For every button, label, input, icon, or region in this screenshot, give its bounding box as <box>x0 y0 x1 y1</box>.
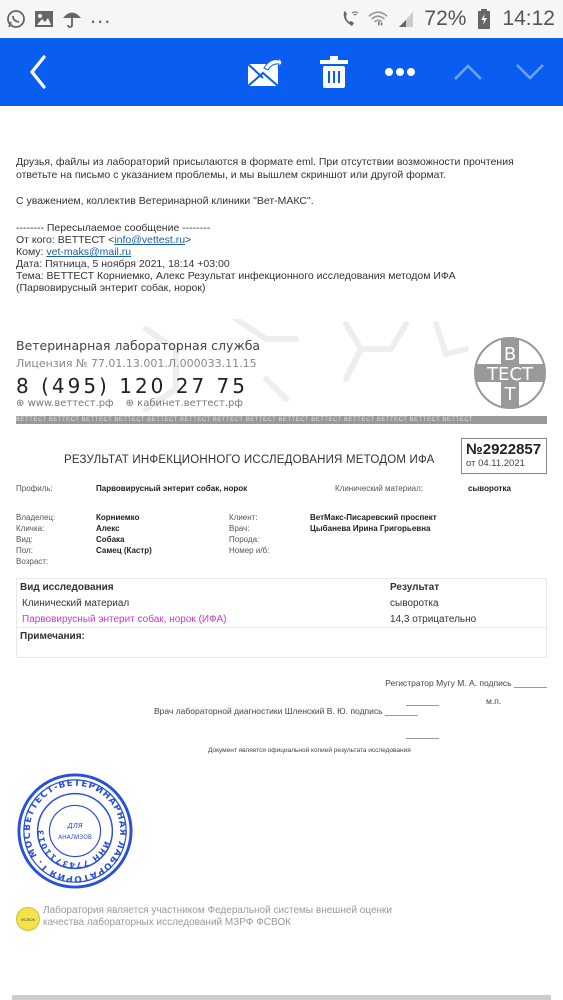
wifi-call-icon <box>340 9 360 29</box>
globe-icon: ⊕ <box>16 398 28 409</box>
svg-text:Т: Т <box>504 384 517 405</box>
site-1: ⊕ www.веттест.рф <box>16 398 114 409</box>
forward-mail-button[interactable] <box>244 38 284 106</box>
more-notifications: ... <box>90 3 111 29</box>
report-number-box: №2922857 от 04.11.2021 <box>461 438 547 474</box>
results-header: Вид исследования Результат <box>17 579 546 595</box>
doctor-signature: Врач лабораторной диагностики Шленский В… <box>154 706 418 716</box>
mail-body: Друзья, файлы из лабораторий присылаются… <box>0 156 563 768</box>
status-bar: ... 72% 14:12 <box>0 0 563 38</box>
notes: Примечания: <box>17 627 546 657</box>
chevron-left-icon <box>28 55 48 89</box>
signal-icon <box>396 9 416 29</box>
forwarded-separator: -------- Пересылаемое сообщение -------- <box>16 222 547 234</box>
from-email-link[interactable]: info@vettest.ru <box>114 234 185 246</box>
globe-icon: ⊕ <box>126 398 138 409</box>
signature: С уважением, коллектив Ветеринарной клин… <box>16 195 547 208</box>
forwarded-header-block: -------- Пересылаемое сообщение --------… <box>16 222 547 294</box>
report-heading: РЕЗУЛЬТАТ ИНФЕКЦИОННОГО ИССЛЕДОВАНИЯ МЕТ… <box>16 434 547 480</box>
battery-percent: 72% <box>424 7 466 31</box>
subject-line: Тема: ВЕТТЕСТ Корниемко, Алекс Результат… <box>16 270 547 282</box>
lab-phone: 8 (495) 120 27 75 <box>16 374 248 398</box>
umbrella-icon <box>62 9 82 29</box>
fsvok-footer: ФСВОК Лаборатория является участником Фе… <box>16 905 392 931</box>
report-date: от 04.11.2021 <box>466 458 542 469</box>
signatures-block: Регистратор Мугу М. А. подпись _______ _… <box>16 678 547 768</box>
previous-mail-button[interactable] <box>448 38 488 106</box>
wifi-icon <box>368 9 388 29</box>
delete-button[interactable] <box>316 38 352 106</box>
pet-name-value: Алекс <box>96 523 120 534</box>
profile-value: Парвовирусный энтерит собак, норок <box>96 484 247 493</box>
svg-text:ТЕСТ: ТЕСТ <box>486 364 534 385</box>
lab-header: Ветеринарная лабораторная служба Лицензи… <box>16 324 547 424</box>
svg-text:АНАЛИЗОВ: АНАЛИЗОВ <box>58 835 92 841</box>
back-button[interactable] <box>18 38 58 106</box>
patient-info: Владелец: Корниемко Кличка: Алекс Вид: С… <box>16 512 547 572</box>
registrar-signature: Регистратор Мугу М. А. подпись _______ <box>385 678 547 688</box>
brand-strip: ВЕТТЕСТ ВЕТТЕСТ ВЕТТЕСТ ВЕТТЕСТ ВЕТТЕСТ … <box>16 416 547 424</box>
profile-row: Профиль: Парвовирусный энтерит собак, но… <box>16 484 547 500</box>
mail-toolbar <box>0 38 563 106</box>
report-number: №2922857 <box>466 441 542 458</box>
site-2: ⊕ кабинет.веттест.рф <box>126 398 243 409</box>
client-value: ВетМакс-Писаревский проспект <box>310 512 437 523</box>
table-row: Парвовирусный энтерит собак, норок (ИФА)… <box>17 611 546 627</box>
vettest-logo: В ТЕСТ Т <box>473 336 547 410</box>
lab-title: Ветеринарная лабораторная служба <box>16 338 260 353</box>
to-line: Кому: vet-maks@mail.ru <box>16 246 547 258</box>
material-value: сыворотка <box>468 484 511 493</box>
intro-text: Друзья, файлы из лабораторий присылаются… <box>16 156 547 208</box>
svg-text:ДЛЯ: ДЛЯ <box>66 822 83 830</box>
subject-line-2: (Парвовирусный энтерит собак, норок) <box>16 282 547 294</box>
more-button[interactable] <box>380 38 420 106</box>
chevron-up-icon <box>453 63 483 81</box>
from-line: От кого: ВЕТТЕСТ <info@vettest.ru> <box>16 234 547 246</box>
lab-sites: ⊕ www.веттест.рф ⊕ кабинет.веттест.рф <box>16 398 243 409</box>
fsvok-badge-icon: ФСВОК <box>16 907 40 931</box>
date-line: Дата: Пятница, 5 ноября 2021, 18:14 +03:… <box>16 258 547 270</box>
mail-forward-icon <box>246 56 282 88</box>
laboratory-stamp: ВЕТТЕСТ-ВЕТЕРИНАРНАЯ ЛАБОРАТОРИЯ Г. МОСК… <box>16 772 134 890</box>
to-email-link[interactable]: vet-maks@mail.ru <box>46 246 131 258</box>
fsvok-text: Лаборатория является участником Федераль… <box>43 905 392 929</box>
sex-value: Самец (Кастр) <box>96 545 152 556</box>
clock: 14:12 <box>502 7 555 31</box>
table-row: Клинический материал сыворотка <box>17 595 546 611</box>
trash-icon <box>320 56 348 88</box>
gallery-icon <box>34 9 54 29</box>
battery-charging-icon <box>474 9 494 29</box>
chevron-down-icon <box>515 63 545 81</box>
doctor-value: Цыбанева Ирина Григорьевна <box>310 523 431 534</box>
whatsapp-icon <box>6 9 26 29</box>
official-copy-note: Документ является официальной копией рез… <box>208 747 411 754</box>
report-title: РЕЗУЛЬТАТ ИНФЕКЦИОННОГО ИССЛЕДОВАНИЯ МЕТ… <box>64 454 435 466</box>
scroll-indicator <box>12 995 551 1000</box>
results-table: Вид исследования Результат Клинический м… <box>16 578 547 658</box>
owner-value: Корниемко <box>96 512 139 523</box>
next-mail-button[interactable] <box>510 38 550 106</box>
species-value: Собака <box>96 534 125 545</box>
svg-text:В: В <box>504 344 516 365</box>
lab-license: Лицензия № 77.01.13.001.Л.000033.11.15 <box>16 357 257 370</box>
more-dots-icon <box>384 67 416 77</box>
intro-paragraph: Друзья, файлы из лабораторий присылаются… <box>16 156 547 182</box>
stamp-place: м.п. <box>486 696 501 706</box>
